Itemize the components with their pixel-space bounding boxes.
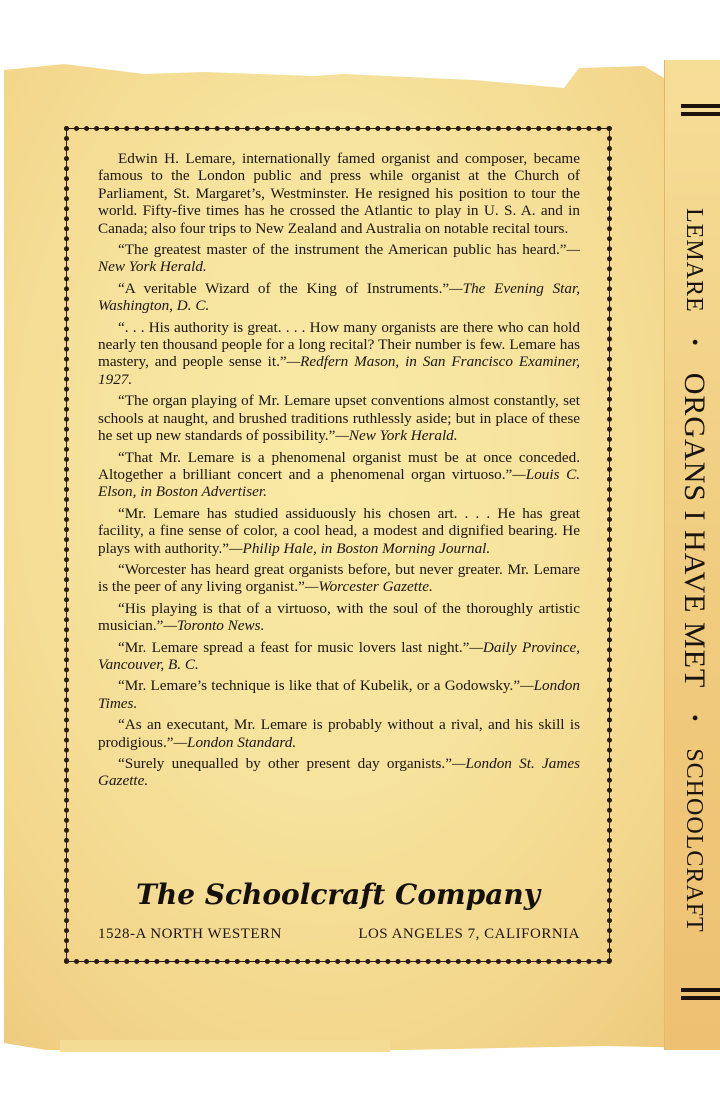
quote-text: “Mr. Lemare spread a feast for music lov…: [118, 639, 469, 656]
quote-source: —New York Herald.: [335, 427, 457, 444]
address-city: LOS ANGELES 7, CALIFORNIA: [358, 926, 580, 943]
quote-item: “As an executant, Mr. Lemare is probably…: [98, 716, 580, 751]
quote-text: “The greatest master of the instrument t…: [118, 241, 566, 258]
quote-source: —Philip Hale, in Boston Morning Journal.: [229, 540, 490, 557]
spine-rule-bottom-2: [681, 996, 720, 1000]
quote-source: —London Standard.: [174, 734, 297, 751]
spine-separator-1: •: [683, 339, 706, 347]
quote-text: “That Mr. Lemare is a phenomenal organis…: [98, 449, 580, 483]
spine-text: LEMARE • ORGANS I HAVE MET • SCHOOLCRAFT: [665, 208, 720, 1008]
spine-separator-2: •: [683, 714, 706, 722]
spine-publisher: SCHOOLCRAFT: [681, 748, 708, 932]
quote-text: “As an executant, Mr. Lemare is probably…: [98, 716, 580, 750]
address-street: 1528-A NORTH WESTERN: [98, 926, 282, 943]
quote-item: “. . . His authority is great. . . . How…: [98, 319, 580, 389]
quote-item: “Worcester has heard great organists bef…: [98, 561, 580, 596]
quote-item: “Mr. Lemare has studied assiduously his …: [98, 505, 580, 557]
quote-item: “The greatest master of the instrument t…: [98, 241, 580, 276]
quote-item: “His playing is that of a virtuoso, with…: [98, 600, 580, 635]
quote-item: “That Mr. Lemare is a phenomenal organis…: [98, 449, 580, 501]
publisher-name: The Schoolcraft Company: [64, 878, 612, 911]
quote-item: “Mr. Lemare spread a feast for music lov…: [98, 639, 580, 674]
quote-source: —Worcester Gazette.: [305, 578, 433, 595]
quote-source: —Toronto News.: [163, 617, 264, 634]
intro-paragraph: Edwin H. Lemare, internationally famed o…: [98, 150, 580, 237]
spine-author: LEMARE: [681, 208, 708, 313]
quotes-list: “The greatest master of the instrument t…: [98, 241, 580, 790]
quote-item: “The organ playing of Mr. Lemare upset c…: [98, 392, 580, 444]
quote-item: “A veritable Wizard of the King of Instr…: [98, 280, 580, 315]
spine: LEMARE • ORGANS I HAVE MET • SCHOOLCRAFT: [664, 60, 720, 1050]
quote-item: “Mr. Lemare’s technique is like that of …: [98, 677, 580, 712]
spine-rule-bottom: [681, 988, 720, 992]
blurb: Edwin H. Lemare, internationally famed o…: [98, 150, 580, 794]
quote-item: “Surely unequalled by other present day …: [98, 755, 580, 790]
spine-title: ORGANS I HAVE MET: [677, 373, 711, 689]
publisher-address: 1528-A NORTH WESTERN LOS ANGELES 7, CALI…: [98, 926, 580, 943]
inner-flap-edge: [60, 1040, 390, 1052]
quote-text: “Mr. Lemare’s technique is like that of …: [118, 677, 520, 694]
spine-rule-top: [681, 104, 720, 108]
quote-text: “Surely unequalled by other present day …: [118, 755, 452, 772]
quote-text: “A veritable Wizard of the King of Instr…: [118, 280, 449, 297]
spine-rule-top-2: [681, 112, 720, 116]
